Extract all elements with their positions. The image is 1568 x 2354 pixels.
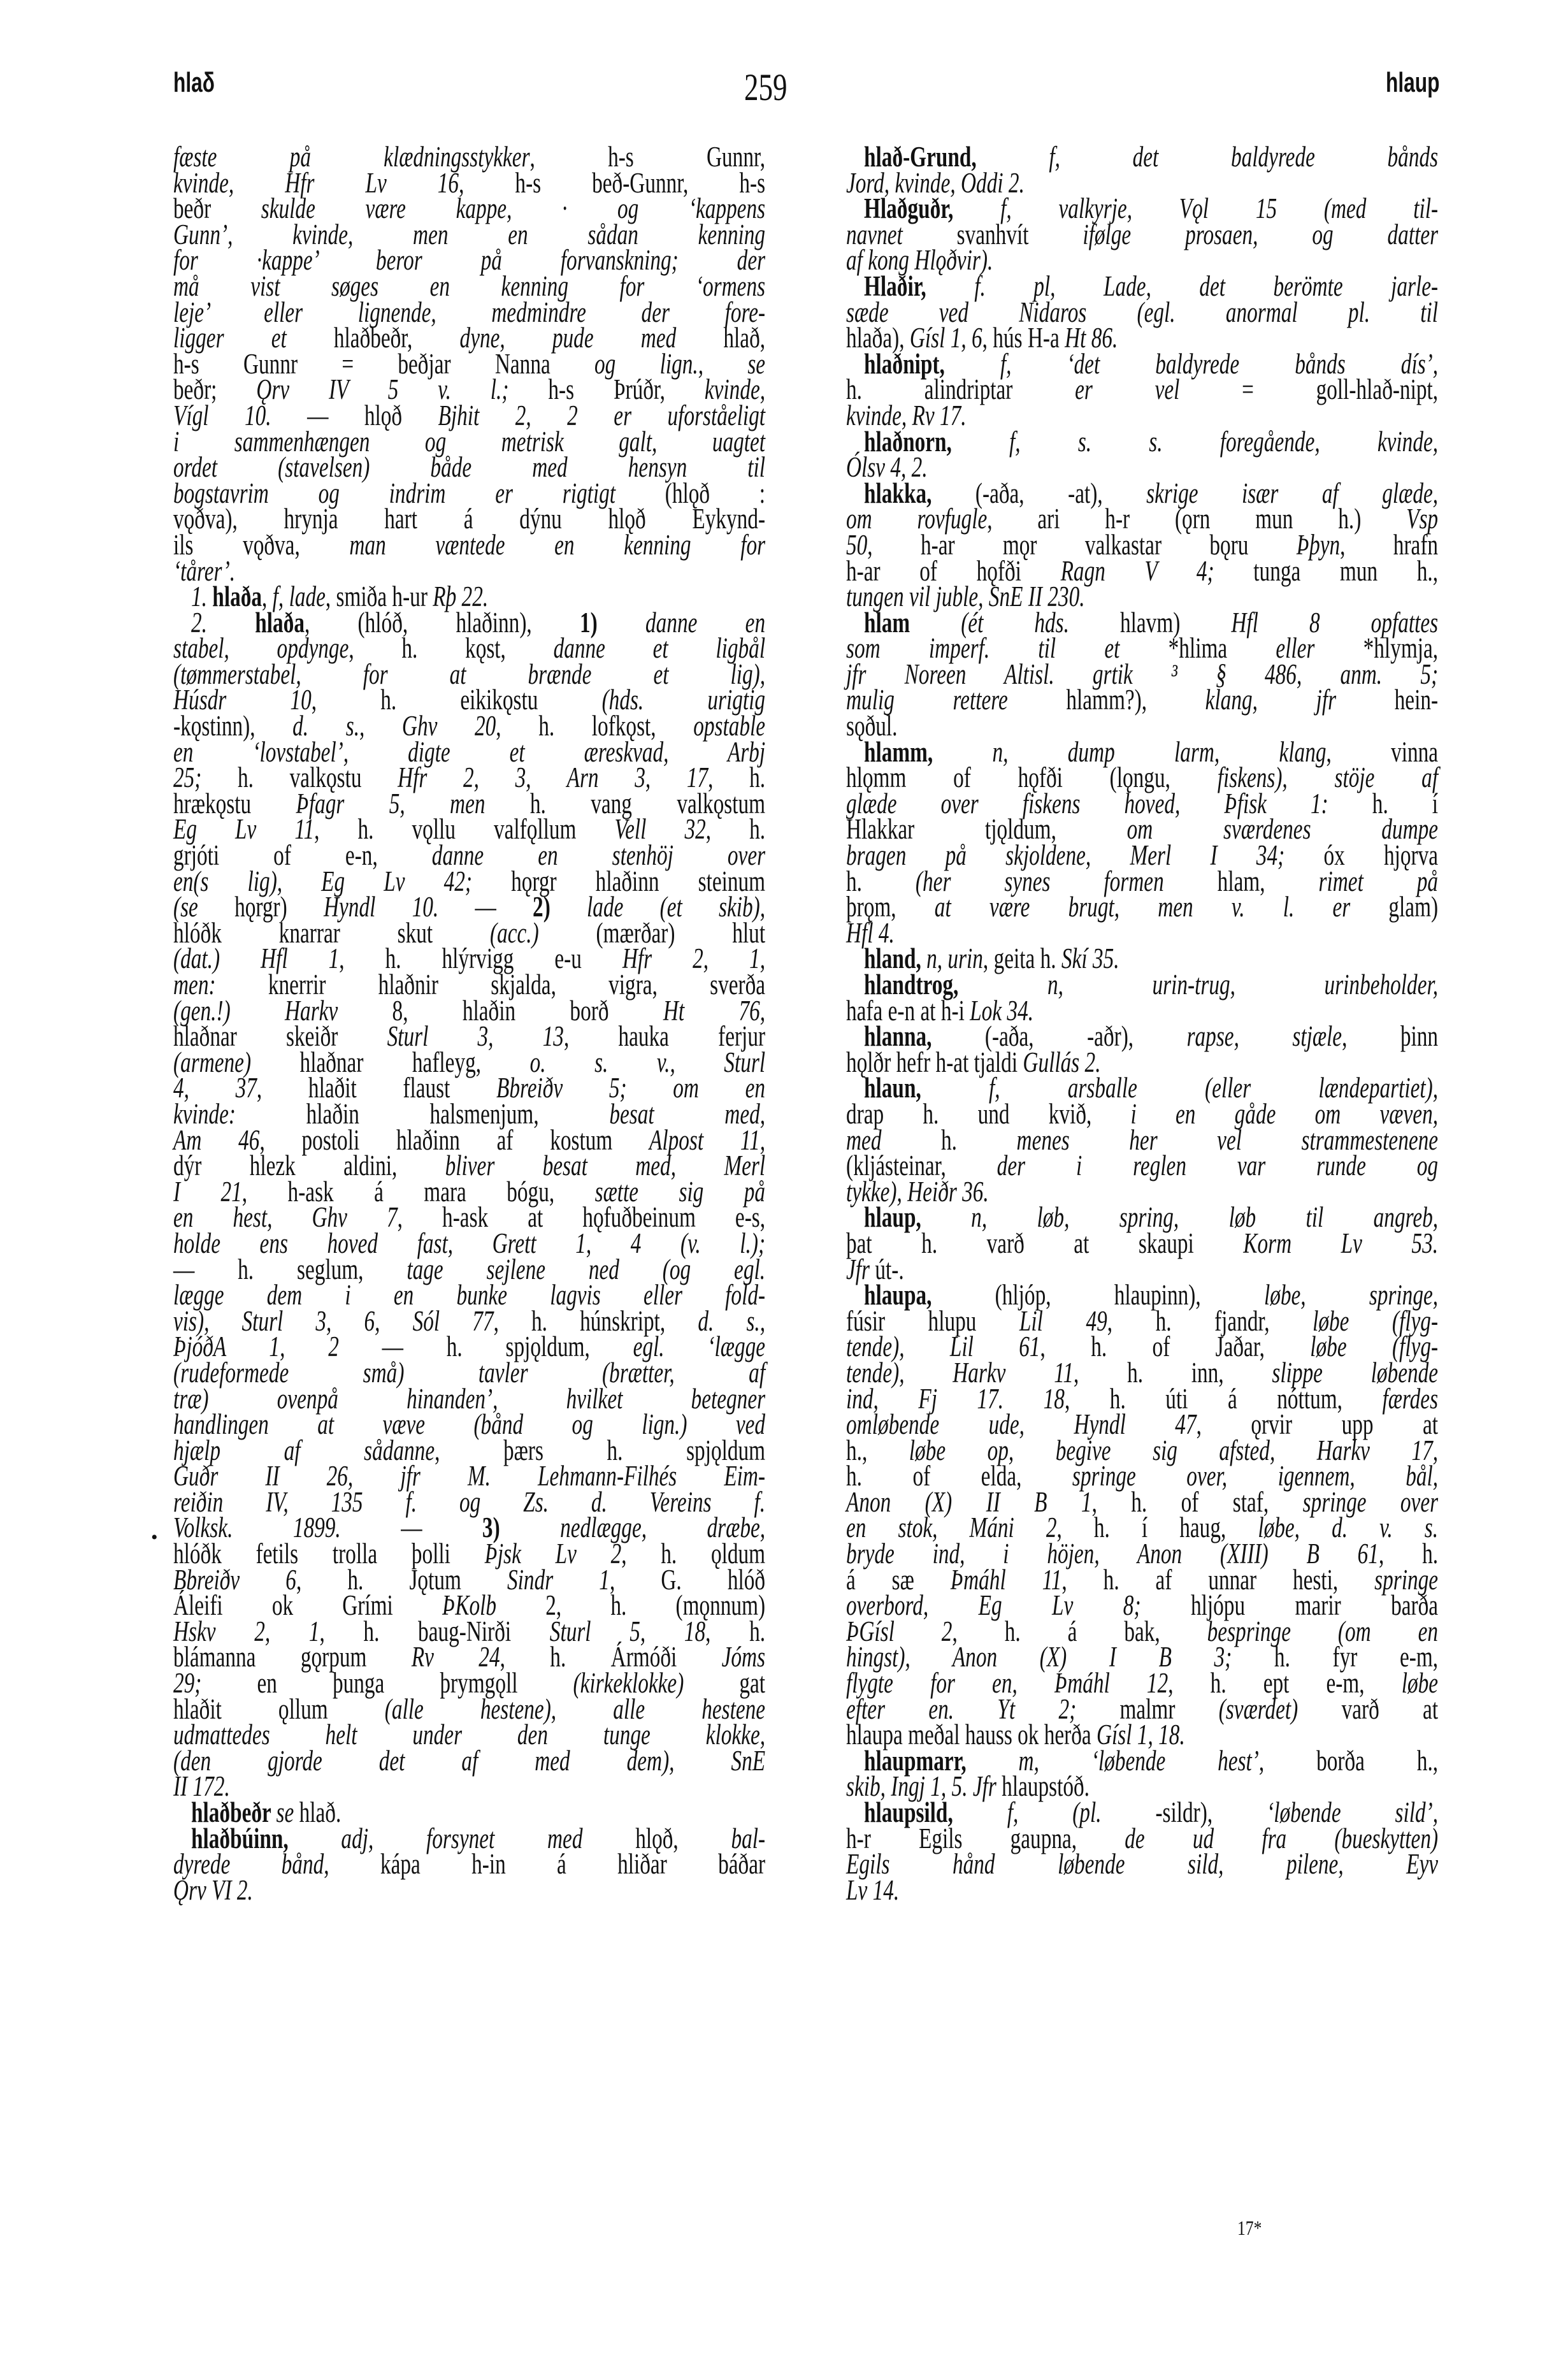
stray-mark: • [151, 1527, 158, 1549]
line-content: 29; en þunga þrymgǫll (kirkeklokke) gat [173, 1670, 765, 1696]
line-content: af kong Hlǫðvir). [846, 247, 1438, 273]
line-content: hlanna, (-aða, -aðr), rapse, stjæle, þin… [864, 1023, 1438, 1050]
text-line: holde ens hoved fast, Grett 1, 4 (v. l.)… [173, 1231, 766, 1257]
text-line: hjælp af sådanne, þærs h. spjǫldum [173, 1438, 766, 1464]
text-line: sǫðul. [846, 713, 1439, 739]
text-line: mulig rettere hlamm?), klang, jfr hein- [846, 687, 1439, 713]
text-line: vǫðva), hrynja hart á dýnu hlǫð Eykynd- [173, 506, 766, 532]
line-content: beðr skulde være kappe, · og ‘kappens [173, 196, 765, 222]
text-line: hǫlðr hefr h-at tjaldi Gullás 2. [846, 1050, 1439, 1076]
line-content: flygte for en, Þmáhl 12, h. ept e-m, løb… [846, 1670, 1438, 1696]
line-content: Volksk. 1899. — 3) nedlægge, dræbe, [173, 1515, 765, 1541]
text-line: en ‘lovstabel’, digte et æreskvad, Arbj [173, 739, 766, 765]
text-line: sæde ved Nidaros (egl. anormal pl. til [846, 300, 1439, 326]
text-line: h-r Egils gaupna, de ud fra (bueskytten) [846, 1826, 1439, 1852]
line-content: udmattedes helt under den tunge klokke, [173, 1722, 765, 1748]
italic-text: Korm Lv 53. [1243, 1227, 1438, 1259]
roman-text: hlamm?), [1008, 684, 1205, 716]
line-content: Hfl 4. [846, 920, 1438, 946]
line-content: hlað-Grund, f, det baldyrede bånds [864, 144, 1438, 170]
text-line: ÞjóðA 1, 2 — h. spjǫldum, egl. ‘lægge [173, 1334, 766, 1360]
italic-text: ifølge prosaen, og datter [1082, 219, 1438, 250]
italic-text: klang, jfr [1205, 684, 1336, 716]
line-content: fæste på klædningsstykker, h-s Gunnr, [173, 144, 765, 170]
line-content: tende), Harkv 11, h. inn, slippe løbende [846, 1360, 1438, 1386]
line-content: hlaupa, (hljóp, hlaupinn), løbe, springe… [864, 1282, 1438, 1308]
roman-text: , þinn [1342, 1020, 1438, 1052]
line-content: Gunn’, kvinde, men en sådan kenning [173, 222, 765, 248]
line-content: h-ar of hǫfði Ragn V 4; tunga mun h., [846, 558, 1438, 584]
text-line: 4, 37, hlaðit flaust Bbreiðv 5; om en [173, 1075, 766, 1101]
text-line: om rovfugle, ari h-r (ǫrn mun h.) Vsp [846, 506, 1439, 532]
text-line: hlóðk fetils trolla þolli Þjsk Lv 2, h. … [173, 1541, 766, 1567]
text-line: drap h. und kvið, i en gåde om væven, [846, 1101, 1439, 1127]
roman-text: , kápa h-in á hliðar báðar [324, 1848, 765, 1880]
line-content: Anon (X) II B 1, h. of staf, springe ove… [846, 1489, 1438, 1515]
line-content: hlam (ét hds. hlavm) Hfl 8 opfattes [864, 610, 1438, 636]
italic-text: n, urin-trug, urinbeholder, [1047, 969, 1438, 1000]
line-content: (gen.!) Harkv 8, hlaðin borð Ht 76, [173, 998, 765, 1024]
text-line: II 172. [173, 1773, 766, 1800]
line-content: hlóðk knarrar skut (acc.) (mærðar) hlut [173, 920, 765, 946]
text-line: efter en. Yt 2; malmr (sværdet) varð at [846, 1696, 1439, 1722]
line-content: Eg Lv 11, h. vǫllu valfǫllum Vell 32, h. [173, 816, 765, 842]
entry-headline: hlaupa, (hljóp, hlaupinn), løbe, springe… [846, 1282, 1439, 1308]
line-content: hlaðnorn, f, s. s. foregående, kvinde, [864, 429, 1438, 455]
text-line: Jord, kvinde, Oddi 2. [846, 170, 1439, 196]
line-content: fúsir hlupu Lil 49, h. fjandr, løbe (fly… [846, 1308, 1438, 1334]
line-content: efter en. Yt 2; malmr (sværdet) varð at [846, 1696, 1438, 1722]
text-line: vis), Sturl 3, 6, Sól 77, h. húnskript, … [173, 1308, 766, 1334]
text-line: må vist søges en kenning for ‘ormens [173, 273, 766, 300]
line-content: hlaðnipt, f, ‘det baldyrede bånds dís’, [864, 351, 1438, 377]
text-line: hrækǫstu Þfagr 5, men h. vang valkǫstum [173, 791, 766, 817]
text-line: ils vǫðva, man væntede en kenning for [173, 532, 766, 558]
line-content: hlandtrog, n, urin-trug, urinbeholder, [864, 972, 1438, 998]
text-line: bogstavrim og indrim er rigtigt (hlǫð : [173, 480, 766, 507]
line-content: h., løbe op, begive sig afsted, Harkv 17… [846, 1438, 1438, 1464]
line-content: navnet svanhvít ifølge prosaen, og datte… [846, 222, 1438, 248]
line-content: h. alindriptar er vel = goll-hlað-nipt, [846, 377, 1438, 403]
text-line: hingst), Anon (X) I B 3; h. fyr e-m, [846, 1644, 1439, 1670]
roman-text: = goll-hlað-nipt, [1179, 373, 1438, 405]
line-content: hlaða), Gísl 1, 6, hús H-a Ht 86. [846, 325, 1438, 351]
line-content: grjóti of e-n, danne en stenhöj over [173, 842, 765, 869]
line-content: hlaupa meðal hauss ok herða Gísl 1, 18. [846, 1722, 1438, 1748]
text-line: som imperf. til et *hlima eller *hlymja, [846, 635, 1439, 661]
line-content: II 172. [173, 1773, 765, 1800]
line-content: en ‘lovstabel’, digte et æreskvad, Arbj [173, 739, 765, 765]
text-line: tykke), Heiðr 36. [846, 1179, 1439, 1205]
text-line: tende), Lil 61, h. of Jaðar, løbe (flyg- [846, 1334, 1439, 1360]
text-line: bragen på skjoldene, Merl I 34; óx hjǫrv… [846, 842, 1439, 869]
italic-text: f, det baldyrede bånds [1049, 141, 1438, 173]
line-content: hlǫmm of hǫfði (lǫngu, fiskens), stöje a… [846, 765, 1438, 791]
text-line: (den gjorde det af med dem), SnE [173, 1748, 766, 1774]
text-line: i sammenhængen og metrisk galt, uagtet [173, 429, 766, 455]
text-line: kvinde, Rv 17. [846, 403, 1439, 429]
entry-headline: hlakka, (-aða, -at), skrige især af glæd… [846, 480, 1439, 507]
line-content: ‘tårer’. [173, 558, 765, 584]
line-content: hlaup, n, løb, spring, løb til angreb, [864, 1204, 1438, 1231]
italic-text: Lv 14. [846, 1874, 899, 1906]
text-line: -kǫstinn), d. s., Ghv 20, h. lofkǫst, op… [173, 713, 766, 739]
italic-text: er vel [1075, 373, 1179, 405]
line-content: h. of elda, springe over, igennem, bål, [846, 1463, 1438, 1489]
text-line: af kong Hlǫðvir). [846, 247, 1439, 273]
text-line: Áleifi ok Grími ÞKolb 2, h. (mǫnnum) [173, 1592, 766, 1619]
text-line: kvinde, Hfr Lv 16, h-s beð-Gunnr, h-s [173, 170, 766, 196]
text-line: Anon (X) II B 1, h. of staf, springe ove… [846, 1489, 1439, 1515]
entry-headline: hlaðnorn, f, s. s. foregående, kvinde, [846, 429, 1439, 455]
line-content: i sammenhængen og metrisk galt, uagtet [173, 429, 765, 455]
text-line: Guðr II 26, jfr M. Lehmann-Filhés Eim- [173, 1463, 766, 1489]
line-content: þrǫm, at være brugt, men v. l. er glam) [846, 894, 1438, 920]
line-content: ils vǫðva, man væntede en kenning for [173, 532, 765, 558]
text-line: þrǫm, at være brugt, men v. l. er glam) [846, 894, 1439, 920]
text-line: Hfl 4. [846, 920, 1439, 946]
line-content: tungen vil juble, SnE II 230. [846, 584, 1438, 610]
line-content: tykke), Heiðr 36. [846, 1179, 1438, 1205]
text-line: en stok, Máni 2, h. í haug, løbe, d. v. … [846, 1515, 1439, 1541]
line-content: skib, Ingj 1, 5. Jfr hlaupstóð. [846, 1773, 1438, 1800]
text-line: h., løbe op, begive sig afsted, Harkv 17… [846, 1438, 1439, 1464]
italic-text: rapse, stjæle [1187, 1020, 1342, 1052]
text-line: glæde over fiskens hoved, Þfisk 1: h. í [846, 791, 1439, 817]
line-content: hingst), Anon (X) I B 3; h. fyr e-m, [846, 1644, 1438, 1670]
text-line: fæste på klædningsstykker, h-s Gunnr, [173, 144, 766, 170]
text-line: hlóðk knarrar skut (acc.) (mærðar) hlut [173, 920, 766, 946]
italic-text: der i reglen var runde og [997, 1150, 1438, 1181]
line-content: en hest, Ghv 7, h-ask at hǫfuðbeinum e-s… [173, 1204, 765, 1231]
text-line: Vígl 10. — hlǫð Bjhit 2, 2 er uforståeli… [173, 403, 766, 429]
text-line: Am 46, postoli hlaðinn af kostum Alpost … [173, 1127, 766, 1153]
text-line: leje’ eller lignende, medmindre der fore… [173, 300, 766, 326]
line-content: h-r Egils gaupna, de ud fra (bueskytten) [846, 1826, 1438, 1852]
line-content: træ) ovenpå hinanden’, hvilket betegner [173, 1386, 765, 1412]
text-line: navnet svanhvít ifølge prosaen, og datte… [846, 222, 1439, 248]
line-content: hlaðbeðr se hlað. [191, 1800, 765, 1826]
entry-headline: hlanna, (-aða, -aðr), rapse, stjæle, þin… [846, 1023, 1439, 1050]
entry-headline: hlandtrog, n, urin-trug, urinbeholder, [846, 972, 1439, 998]
line-content: blámanna gǫrpum Rv 24, h. Ármóði Jóms [173, 1644, 765, 1670]
text-line: reiðin IV, 135 f. og Zs. d. Vereins f. [173, 1489, 766, 1515]
line-content: hlakka, (-aða, -at), skrige især af glæd… [864, 480, 1438, 507]
text-line: — h. seglum, tage sejlene ned (og egl. [173, 1257, 766, 1283]
line-content: Húsdr 10, h. eikikǫstu (hds. urigtig [173, 687, 765, 713]
entry-headline: hlam (ét hds. hlavm) Hfl 8 opfattes [846, 610, 1439, 636]
entry-headline: 1. hlaða, f, lade, smiða h-ur Rþ 22. [173, 584, 766, 610]
line-content: Am 46, postoli hlaðinn af kostum Alpost … [173, 1127, 765, 1153]
italic-text: man væntede en kenning for [349, 529, 765, 561]
line-content: hlaupmarr, m, ‘løbende hest’, borða h., [864, 1748, 1438, 1774]
line-content: Ǫrv VI 2. [173, 1877, 765, 1903]
line-content: Hskv 2, 1, h. baug-Nirði Sturl 5, 18, h. [173, 1619, 765, 1645]
line-content: (rudeformede små) tavler (brætter, af [173, 1360, 765, 1386]
entry-headline: hlað-Grund, f, det baldyrede bånds [846, 144, 1439, 170]
line-content: (se hǫrgr) Hyndl 10. — 2) lade (et skib)… [173, 894, 765, 920]
text-line: Ólsv 4, 2. [846, 454, 1439, 480]
text-line: h. of elda, springe over, igennem, bål, [846, 1463, 1439, 1489]
line-content: ligger et hlaðbeðr, dyne, pude med hlað, [173, 325, 765, 351]
line-content: hlaun, f, arsballe (eller lændepartiet), [864, 1075, 1438, 1101]
line-content: þat h. varð at skaupi Korm Lv 53. [846, 1231, 1438, 1257]
signature-mark: 17* [1237, 2216, 1262, 2240]
line-content: sǫðul. [846, 713, 1438, 739]
line-content: Bbreiðv 6, h. Jǫtum Sindr 1, G. hlóð [173, 1567, 765, 1593]
line-content: — h. seglum, tage sejlene ned (og egl. [173, 1257, 765, 1283]
line-content: bogstavrim og indrim er rigtigt (hlǫð : [173, 480, 765, 507]
entry-headline: hlamm, n, dump larm, klang, vinna [846, 739, 1439, 765]
entry-headline: hlaðnipt, f, ‘det baldyrede bånds dís’, [846, 351, 1439, 377]
text-line: men: knerrir hlaðnir skjalda, vigra, sve… [173, 972, 766, 998]
line-content: 2. hlaða, (hlóð, hlaðinn), 1) danne en [191, 610, 765, 636]
text-line: tende), Harkv 11, h. inn, slippe løbende [846, 1360, 1439, 1386]
line-content: dýr hlezk aldini, bliver besat med, Merl [173, 1153, 765, 1179]
line-content: med h. menes her vel strammestenene [846, 1127, 1438, 1153]
line-content: -kǫstinn), d. s., Ghv 20, h. lofkǫst, op… [173, 713, 765, 739]
text-line: h-s Gunnr = beðjar Nanna og lign., se [173, 351, 766, 377]
text-line: h-ar of hǫfði Ragn V 4; tunga mun h., [846, 558, 1439, 584]
text-line: jfr Noreen Altisl. grtik ³ § 486, anm. 5… [846, 661, 1439, 688]
line-content: hrækǫstu Þfagr 5, men h. vang valkǫstum [173, 791, 765, 817]
text-line: 25; h. valkǫstu Hfr 2, 3, Arn 3, 17, h. [173, 765, 766, 791]
line-content: hǫlðr hefr h-at tjaldi Gullás 2. [846, 1050, 1438, 1076]
text-line: tungen vil juble, SnE II 230. [846, 584, 1439, 610]
italic-text: (den gjorde det af med dem), SnE [173, 1745, 765, 1777]
roman-text: glam) [1350, 891, 1438, 923]
line-content: h-s Gunnr = beðjar Nanna og lign., se [173, 351, 765, 377]
text-line: ‘tårer’. [173, 558, 766, 584]
italic-text: (sværdet) [1219, 1693, 1298, 1725]
text-line: hlaða), Gísl 1, 6, hús H-a Ht 86. [846, 325, 1439, 351]
line-content: (den gjorde det af med dem), SnE [173, 1748, 765, 1774]
text-line: (tømmerstabel, for at brænde et lig), [173, 661, 766, 688]
roman-text: , borða h., [1259, 1745, 1438, 1777]
line-content: handlingen at væve (bånd og lign.) ved [173, 1412, 765, 1438]
text-line: I 21, h-ask á mara bógu, sætte sig på [173, 1179, 766, 1205]
roman-text: þat h. varð at skaupi [846, 1227, 1243, 1259]
line-content: (armene) hlaðnar hafleyg, o. s. v., Stur… [173, 1050, 765, 1076]
line-content: omløbende ude, Hyndl 47, ǫrvir upp at [846, 1412, 1438, 1438]
line-content: ordet (stavelsen) både med hensyn til [173, 454, 765, 480]
line-content: Jord, kvinde, Oddi 2. [846, 170, 1438, 196]
line-content: reiðin IV, 135 f. og Zs. d. Vereins f. [173, 1489, 765, 1515]
line-content: ÞGísl 2, h. á bak, bespringe (om en [846, 1619, 1438, 1645]
text-line: overbord, Eg Lv 8; hljópu marir barða [846, 1592, 1439, 1619]
line-content: á sæ Þmáhl 11, h. af unnar hesti, spring… [846, 1567, 1438, 1593]
text-line: Egils hånd løbende sild, pilene, Eyv [846, 1851, 1439, 1877]
line-content: vis), Sturl 3, 6, Sól 77, h. húnskript, … [173, 1308, 765, 1334]
line-content: hlaupsild, f, (pl. -sildr), ‘løbende sil… [864, 1800, 1438, 1826]
line-content: bryde ind, i höjen, Anon (XIII) B 61, h. [846, 1541, 1438, 1567]
text-line: Gunn’, kvinde, men en sådan kenning [173, 222, 766, 248]
text-line: bryde ind, i höjen, Anon (XIII) B 61, h. [846, 1541, 1439, 1567]
text-line: (gen.!) Harkv 8, hlaðin borð Ht 76, [173, 998, 766, 1024]
guide-word-left: hlaδ [173, 67, 215, 99]
line-content: 50, h-ar mǫr valkastar bǫru Þþyn, hrafn [846, 532, 1438, 558]
line-content: kvinde, Rv 17. [846, 403, 1438, 429]
text-line: grjóti of e-n, danne en stenhöj over [173, 842, 766, 869]
line-content: hlaðnar skeiðr Sturl 3, 13, hauka ferjur [173, 1023, 765, 1050]
entry-headline: 2. hlaða, (hlóð, hlaðinn), 1) danne en [173, 610, 766, 636]
roman-text: varð at [1298, 1693, 1438, 1725]
line-content: bragen på skjoldene, Merl I 34; óx hjǫrv… [846, 842, 1438, 869]
text-line: dýr hlezk aldini, bliver besat med, Merl [173, 1153, 766, 1179]
line-content: Hlaðguðr, f, valkyrje, Vǫl 15 (med til- [864, 196, 1438, 222]
line-content: ÞjóðA 1, 2 — h. spjǫldum, egl. ‘lægge [173, 1334, 765, 1360]
text-line: 50, h-ar mǫr valkastar bǫru Þþyn, hrafn [846, 532, 1439, 558]
line-content: for ·kappe’ beror på forvanskning; der [173, 247, 765, 273]
line-content: stabel, opdynge, h. kǫst, danne et ligbå… [173, 635, 765, 661]
line-content: leje’ eller lignende, medmindre der fore… [173, 300, 765, 326]
line-content: om rovfugle, ari h-r (ǫrn mun h.) Vsp [846, 506, 1438, 532]
line-content: en stok, Máni 2, h. í haug, løbe, d. v. … [846, 1515, 1438, 1541]
text-line: hlǫmm of hǫfði (lǫngu, fiskens), stöje a… [846, 765, 1439, 791]
text-line: beðr; Ǫrv IV 5 v. l.; h-s Þrúðr, kvinde, [173, 377, 766, 403]
entry-headline: hlaupmarr, m, ‘løbende hest’, borða h., [846, 1748, 1439, 1774]
line-content: Lv 14. [846, 1877, 1438, 1903]
text-line: en(s lig), Eg Lv 42; hǫrgr hlaðinn stein… [173, 869, 766, 895]
line-content: dyrede bånd, kápa h-in á hliðar báðar [173, 1851, 765, 1877]
running-header: hlaδ 259 hlaup [0, 67, 1568, 112]
text-line: Bbreiðv 6, h. Jǫtum Sindr 1, G. hlóð [173, 1567, 766, 1593]
text-line: ind, Fj 17. 18, h. úti á nóttum, færdes [846, 1386, 1439, 1412]
text-line: hafa e-n at h-i Lok 34. [846, 998, 1439, 1024]
text-line: Hlakkar tjǫldum, om sværdenes dumpe [846, 816, 1439, 842]
line-content: som imperf. til et *hlima eller *hlymja, [846, 635, 1438, 661]
text-line: handlingen at væve (bånd og lign.) ved [173, 1412, 766, 1438]
text-line: kvinde: hlaðin halsmenjum, besat med, [173, 1101, 766, 1127]
text-line: ordet (stavelsen) både med hensyn til [173, 454, 766, 480]
line-content: I 21, h-ask á mara bógu, sætte sig på [173, 1179, 765, 1205]
line-content: kvinde: hlaðin halsmenjum, besat med, [173, 1101, 765, 1127]
guide-word-right: hlaup [1386, 67, 1439, 99]
text-line: udmattedes helt under den tunge klokke, [173, 1722, 766, 1748]
line-content: (tømmerstabel, for at brænde et lig), [173, 661, 765, 688]
line-content: hjælp af sådanne, þærs h. spjǫldum [173, 1438, 765, 1464]
line-content: Jfr út-. [846, 1257, 1438, 1283]
text-line: Húsdr 10, h. eikikǫstu (hds. urigtig [173, 687, 766, 713]
line-content: en(s lig), Eg Lv 42; hǫrgr hlaðinn stein… [173, 869, 765, 895]
text-line: (kljásteinar, der i reglen var runde og [846, 1153, 1439, 1179]
entry-headline: hlaun, f, arsballe (eller lændepartiet), [846, 1075, 1439, 1101]
italic-text: f, s. s. foregående, kvinde, [1009, 426, 1438, 458]
entry-headline: hland, n, urin, geita h. Skí 35. [846, 946, 1439, 972]
line-content: kvinde, Hfr Lv 16, h-s beð-Gunnr, h-s [173, 170, 765, 196]
line-content: 25; h. valkǫstu Hfr 2, 3, Arn 3, 17, h. [173, 765, 765, 791]
text-line: ÞGísl 2, h. á bak, bespringe (om en [846, 1619, 1439, 1645]
line-content: Guðr II 26, jfr M. Lehmann-Filhés Eim- [173, 1463, 765, 1489]
page-number: 259 [744, 66, 788, 110]
text-line: Eg Lv 11, h. vǫllu valfǫllum Vell 32, h. [173, 816, 766, 842]
line-content: hlóðk fetils trolla þolli Þjsk Lv 2, h. … [173, 1541, 765, 1567]
line-content: mulig rettere hlamm?), klang, jfr hein- [846, 687, 1438, 713]
text-line: Volksk. 1899. — 3) nedlægge, dræbe, [173, 1515, 766, 1541]
text-line: hlaupa meðal hauss ok herða Gísl 1, 18. [846, 1722, 1439, 1748]
line-content: Hlakkar tjǫldum, om sværdenes dumpe [846, 816, 1438, 842]
text-line: hlaðnar skeiðr Sturl 3, 13, hauka ferjur [173, 1023, 766, 1050]
right-column: hlað-Grund, f, det baldyrede båndsJord, … [846, 144, 1439, 1903]
line-content: Ólsv 4, 2. [846, 454, 1438, 480]
line-content: vǫðva), hrynja hart á dýnu hlǫð Eykynd- [173, 506, 765, 532]
line-content: Vígl 10. — hlǫð Bjhit 2, 2 er uforståeli… [173, 403, 765, 429]
line-content: holde ens hoved fast, Grett 1, 4 (v. l.)… [173, 1231, 765, 1257]
text-line: dyrede bånd, kápa h-in á hliðar báðar [173, 1851, 766, 1877]
text-line: med h. menes her vel strammestenene [846, 1127, 1439, 1153]
text-line: 29; en þunga þrymgǫll (kirkeklokke) gat [173, 1670, 766, 1696]
line-content: overbord, Eg Lv 8; hljópu marir barða [846, 1592, 1438, 1619]
line-content: beðr; Ǫrv IV 5 v. l.; h-s Þrúðr, kvinde, [173, 377, 765, 403]
line-content: h. (her synes formen hlam, rimet på [846, 869, 1438, 895]
entry-headline: Hlaðguðr, f, valkyrje, Vǫl 15 (med til- [846, 196, 1439, 222]
line-content: lægge dem i en bunke lagvis eller fold- [173, 1282, 765, 1308]
line-content: men: knerrir hlaðnir skjalda, vigra, sve… [173, 972, 765, 998]
text-line: hlaðit ǫllum (alle hestene), alle hesten… [173, 1696, 766, 1722]
entry-headline: hlaupsild, f, (pl. -sildr), ‘løbende sil… [846, 1800, 1439, 1826]
line-content: sæde ved Nidaros (egl. anormal pl. til [846, 300, 1438, 326]
roman-text: hein- [1336, 684, 1438, 716]
entry-headline: hlaðbeðr se hlað. [173, 1800, 766, 1826]
line-content: (dat.) Hfl 1, h. hlýrvigg e-u Hfr 2, 1, [173, 946, 765, 972]
italic-text: at være brugt, men v. l. er [935, 891, 1350, 923]
text-line: stabel, opdynge, h. kǫst, danne et ligbå… [173, 635, 766, 661]
line-content: jfr Noreen Altisl. grtik ³ § 486, anm. 5… [846, 661, 1438, 688]
line-content: 1. hlaða, f, lade, smiða h-ur Rþ 22. [191, 584, 765, 610]
text-line: ligger et hlaðbeðr, dyne, pude med hlað, [173, 325, 766, 351]
line-content: Áleifi ok Grími ÞKolb 2, h. (mǫnnum) [173, 1592, 765, 1619]
line-content: (kljásteinar, der i reglen var runde og [846, 1153, 1438, 1179]
line-content: drap h. und kvið, i en gåde om væven, [846, 1101, 1438, 1127]
line-content: hlaðbúinn, adj, forsynet med hlǫð, bal- [191, 1826, 765, 1852]
entry-headline: hlaðbúinn, adj, forsynet med hlǫð, bal- [173, 1826, 766, 1852]
left-column: fæste på klædningsstykker, h-s Gunnr,kvi… [173, 144, 766, 1903]
entry-headline: Hlaðir, f. pl, Lade, det berömte jarle- [846, 273, 1439, 300]
text-line: fúsir hlupu Lil 49, h. fjandr, løbe (fly… [846, 1308, 1439, 1334]
text-line: h. alindriptar er vel = goll-hlað-nipt, [846, 377, 1439, 403]
entry-headline: hlaup, n, løb, spring, løb til angreb, [846, 1204, 1439, 1231]
text-line: for ·kappe’ beror på forvanskning; der [173, 247, 766, 273]
text-line: Ǫrv VI 2. [173, 1877, 766, 1903]
line-content: hafa e-n at h-i Lok 34. [846, 998, 1438, 1024]
text-line: en hest, Ghv 7, h-ask at hǫfuðbeinum e-s… [173, 1204, 766, 1231]
text-line: h. (her synes formen hlam, rimet på [846, 869, 1439, 895]
text-line: Hskv 2, 1, h. baug-Nirði Sturl 5, 18, h. [173, 1619, 766, 1645]
line-content: hland, n, urin, geita h. Skí 35. [864, 946, 1438, 972]
text-line: blámanna gǫrpum Rv 24, h. Ármóði Jóms [173, 1644, 766, 1670]
line-content: hlamm, n, dump larm, klang, vinna [864, 739, 1438, 765]
text-line: træ) ovenpå hinanden’, hvilket betegner [173, 1386, 766, 1412]
line-content: Hlaðir, f. pl, Lade, det berömte jarle- [864, 273, 1438, 300]
text-line: Lv 14. [846, 1877, 1439, 1903]
text-line: (dat.) Hfl 1, h. hlýrvigg e-u Hfr 2, 1, [173, 946, 766, 972]
text-line: flygte for en, Þmáhl 12, h. ept e-m, løb… [846, 1670, 1439, 1696]
line-content: 4, 37, hlaðit flaust Bbreiðv 5; om en [173, 1075, 765, 1101]
text-line: þat h. varð at skaupi Korm Lv 53. [846, 1231, 1439, 1257]
roman-text: tunga mun h., [1214, 555, 1438, 587]
line-content: hlaðit ǫllum (alle hestene), alle hesten… [173, 1696, 765, 1722]
text-line: (rudeformede små) tavler (brætter, af [173, 1360, 766, 1386]
text-line: (se hǫrgr) Hyndl 10. — 2) lade (et skib)… [173, 894, 766, 920]
text-line: á sæ Þmáhl 11, h. af unnar hesti, spring… [846, 1567, 1439, 1593]
text-line: (armene) hlaðnar hafleyg, o. s. v., Stur… [173, 1050, 766, 1076]
line-content: Egils hånd løbende sild, pilene, Eyv [846, 1851, 1438, 1877]
text-line: beðr skulde være kappe, · og ‘kappens [173, 196, 766, 222]
line-content: må vist søges en kenning for ‘ormens [173, 273, 765, 300]
text-line: skib, Ingj 1, 5. Jfr hlaupstóð. [846, 1773, 1439, 1800]
italic-text: Egils hånd løbende sild, pilene, Eyv [846, 1848, 1438, 1880]
text-line: omløbende ude, Hyndl 47, ǫrvir upp at [846, 1412, 1439, 1438]
